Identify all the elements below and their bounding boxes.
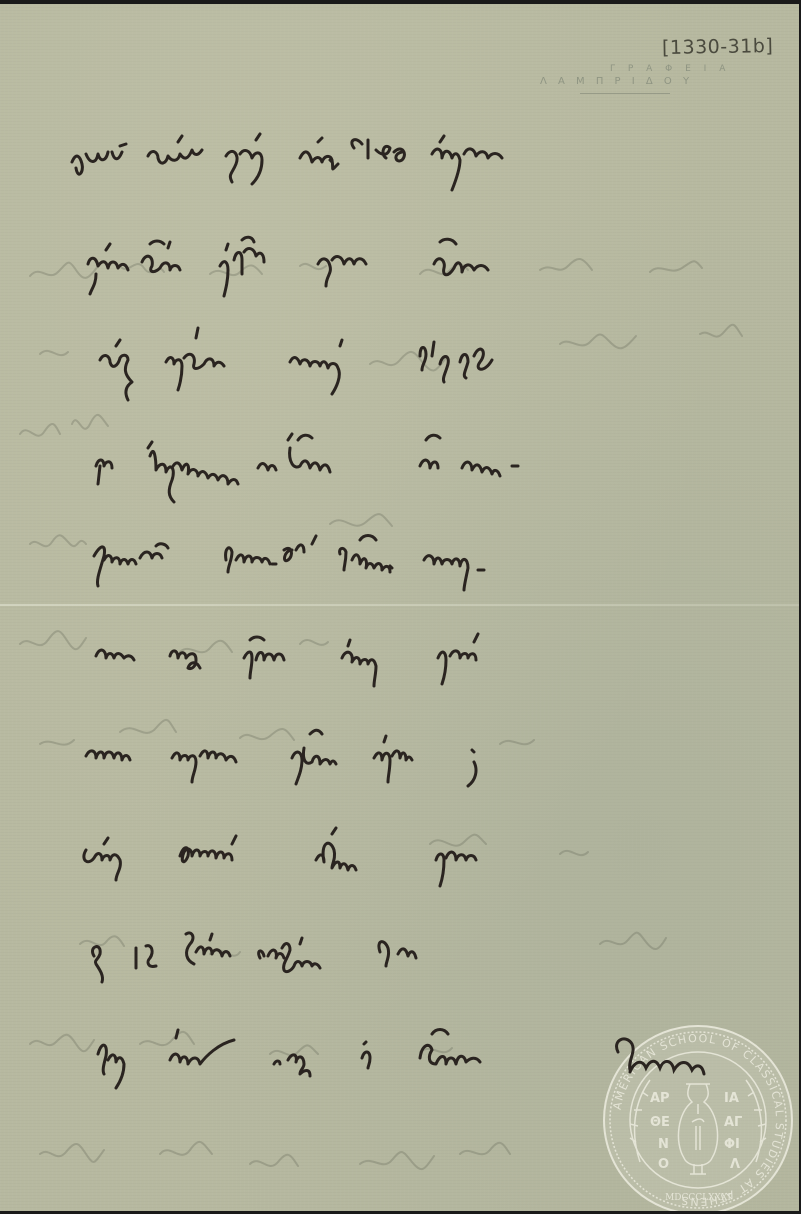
svg-text:Ο: Ο bbox=[658, 1157, 669, 1172]
letter-page: [1330-31b] Γ Ρ Α Φ Ε Ι Α Λ Α Μ Π Ρ Ι Δ Ο… bbox=[0, 4, 799, 1211]
handwriting-line-5 bbox=[94, 536, 484, 591]
handwriting-line-6 bbox=[96, 634, 478, 686]
institution-seal: AMERICAN SCHOOL OF CLASSICAL STUDIES AT … bbox=[600, 1022, 796, 1211]
handwriting-line-3 bbox=[100, 328, 492, 400]
handwriting-line-1 bbox=[72, 134, 502, 190]
svg-text:ΙΑ: ΙΑ bbox=[724, 1091, 739, 1106]
svg-text:Λ: Λ bbox=[730, 1157, 740, 1172]
seal-date: MDCCCLXXXI bbox=[665, 1193, 731, 1203]
handwriting-line-4 bbox=[96, 434, 518, 502]
handwriting-line-9 bbox=[92, 933, 416, 982]
svg-text:ΘΕ: ΘΕ bbox=[650, 1115, 670, 1130]
handwriting-line-2 bbox=[88, 237, 488, 296]
svg-text:ΑΓ: ΑΓ bbox=[724, 1115, 742, 1130]
handwriting-line-8 bbox=[84, 828, 476, 886]
handwriting-line-7 bbox=[86, 730, 476, 786]
svg-text:ΑΡ: ΑΡ bbox=[650, 1091, 670, 1106]
svg-text:Ν: Ν bbox=[658, 1137, 669, 1152]
handwriting-line-10 bbox=[98, 1030, 480, 1089]
svg-text:ΦΙ: ΦΙ bbox=[724, 1137, 740, 1152]
